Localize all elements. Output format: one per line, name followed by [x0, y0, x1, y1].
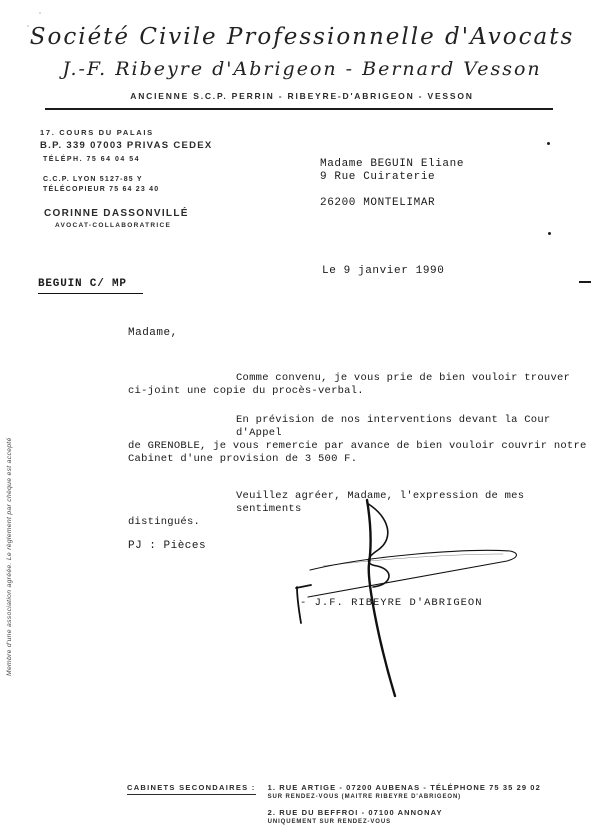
recipient-name: Madame BEGUIN Eliane — [320, 158, 464, 171]
header-divider — [45, 108, 553, 110]
office1-note: SUR RENDEZ-VOUS (MAITRE RIBEYRE D'ABRIGE… — [268, 794, 541, 800]
sender-postal: B.P. 339 07003 PRIVAS CEDEX — [40, 140, 213, 151]
letterhead-firm-name: Société Civile Professionnelle d'Avocats — [0, 24, 604, 50]
margin-association-note: Membre d'une association agréée. Le règl… — [6, 404, 13, 676]
collaborator-name: CORINNE DASSONVILLÉ — [44, 208, 213, 219]
office2-note: UNIQUEMENT SUR RENDEZ-VOUS — [268, 819, 541, 825]
office2-address: 2. RUE DU BEFFROI - 07100 ANNONAY — [268, 808, 541, 817]
footer-offices: CABINETS SECONDAIRES : 1. RUE ARTIGE - 0… — [127, 783, 541, 825]
body-line: de GRENOBLE, je vous remercie par avance… — [128, 440, 588, 453]
scanned-letter-page: Société Civile Professionnelle d'Avocats… — [0, 0, 604, 830]
salutation: Madame, — [128, 327, 178, 339]
recipient-block: Madame BEGUIN Eliane 9 Rue Cuiraterie 26… — [320, 158, 464, 210]
scan-speck — [39, 12, 41, 14]
body-line: Comme convenu, je vous prie de bien voul… — [236, 372, 588, 385]
signatory-typed-name: - J.F. RIBEYRE D'ABRIGEON — [300, 597, 483, 609]
letterhead: Société Civile Professionnelle d'Avocats… — [0, 24, 604, 101]
sender-ccp: C.C.P. LYON 5127-85 Y — [43, 176, 213, 183]
body-line: ci-joint une copie du procès-verbal. — [128, 385, 588, 398]
body-line: Cabinet d'une provision de 3 500 F. — [128, 453, 588, 466]
scan-speck — [27, 25, 29, 27]
sender-fax: TÉLÉCOPIEUR 75 64 23 40 — [43, 186, 213, 193]
case-reference: BEGUIN C/ MP — [38, 278, 143, 294]
collaborator-title: AVOCAT-COLLABORATRICE — [55, 222, 213, 229]
paragraph-2: En prévision de nos interventions devant… — [128, 414, 588, 466]
office1-address: 1. RUE ARTIGE - 07200 AUBENAS - TÉLÉPHON… — [268, 783, 541, 792]
footer-label: CABINETS SECONDAIRES : — [127, 783, 256, 795]
letterhead-former-name: ANCIENNE S.C.P. PERRIN - RIBEYRE-D'ABRIG… — [0, 91, 604, 101]
paragraph-1: Comme convenu, je vous prie de bien voul… — [128, 372, 588, 398]
scan-dash — [579, 281, 591, 283]
sender-block: 17. COURS DU PALAIS B.P. 339 07003 PRIVA… — [40, 128, 213, 229]
body-line: En prévision de nos interventions devant… — [236, 414, 588, 440]
recipient-street: 9 Rue Cuiraterie — [320, 171, 464, 184]
footer-office-list: 1. RUE ARTIGE - 07200 AUBENAS - TÉLÉPHON… — [268, 783, 541, 825]
sender-phone: TÉLÉPH. 75 64 04 54 — [43, 156, 213, 163]
scan-speck — [548, 232, 551, 235]
sender-street: 17. COURS DU PALAIS — [40, 128, 213, 137]
enclosure-note: PJ : Pièces — [128, 540, 206, 552]
date-line: Le 9 janvier 1990 — [322, 265, 444, 277]
scan-speck — [547, 142, 550, 145]
letterhead-partners: J.-F. Ribeyre d'Abrigeon - Bernard Vesso… — [0, 58, 604, 80]
recipient-city: 26200 MONTELIMAR — [320, 197, 464, 210]
